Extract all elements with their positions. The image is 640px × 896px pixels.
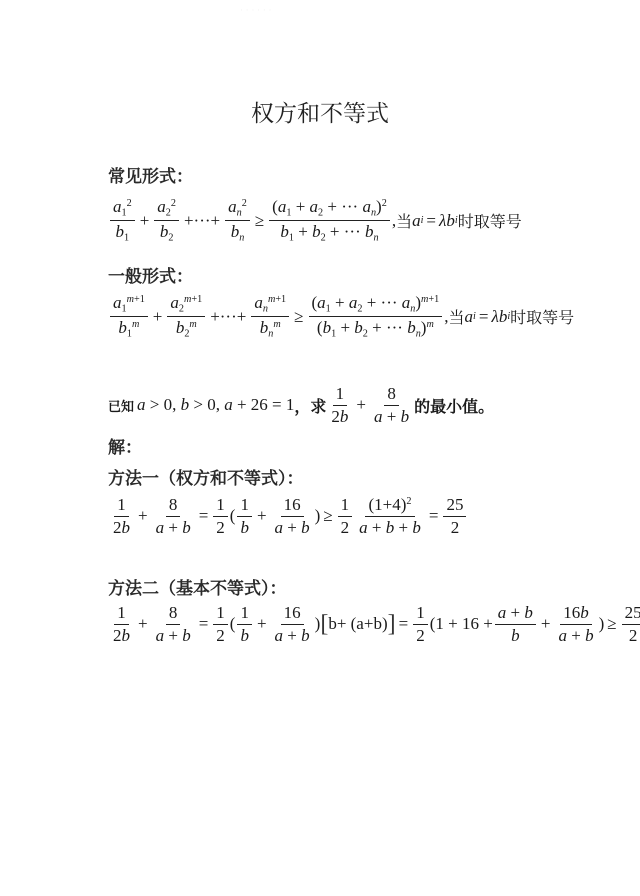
heading-common-form: 常见形式： <box>108 162 193 187</box>
formula-method2: 12b + 8a + b = 12 ( 1b + 16a + b ) [b+ (… <box>108 603 640 645</box>
solution-label: 解： <box>108 433 142 458</box>
problem-prefix: 已知 <box>108 396 134 415</box>
page-title: 权方和不等式 <box>0 95 640 128</box>
problem-ask: 求 <box>310 394 326 417</box>
bracket-expr: b+ (a+b) <box>328 614 387 634</box>
formula-common-form: a12b1 + a22b2 +···+ an2bn ≥ (a1 + a2 + ·… <box>108 197 522 245</box>
heading-method1: 方法一（权方和不等式）： <box>108 464 304 489</box>
problem-suffix: 的最小值。 <box>414 394 494 417</box>
formula-method1: 12b + 8a + b = 12 ( 1b + 16a + b ) ≥ 12 … <box>108 495 468 537</box>
heading-general-form: 一般形式： <box>108 262 193 287</box>
heading-method2: 方法二（基本不等式）： <box>108 574 287 599</box>
watermark: · · · · · · <box>240 6 410 16</box>
problem-statement: 已知 a > 0, b > 0, a + 26 = 1 ， 求 12b + 8a… <box>108 384 494 426</box>
formula-general-form: a1m+1b1m + a2m+1b2m +···+ anm+1bnm ≥ (a1… <box>108 293 574 341</box>
